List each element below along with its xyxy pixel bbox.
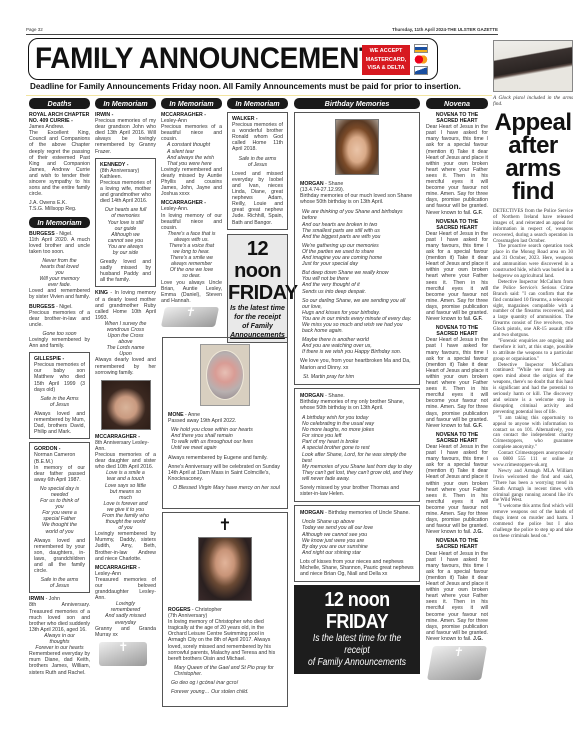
photo-caption: A Glock pistol included in the arms find… bbox=[493, 95, 573, 107]
section-header-in-memoriam: In Memoriam bbox=[161, 98, 222, 109]
column-birthday-memories: Birthday Memories MORGAN - Shane (13.4.7… bbox=[294, 98, 420, 674]
card-logos bbox=[412, 43, 430, 77]
notice-body: Precious memories of a dear brother-in-l… bbox=[29, 310, 90, 328]
verse-line: Love is forever and bbox=[95, 501, 156, 507]
column-in-memoriam-3: In Memoriam MCCARRAGHER - Lesley-Ann Pre… bbox=[161, 98, 222, 327]
memoriam-walker: WALKER - Precious memories of a wonderfu… bbox=[227, 112, 288, 230]
verse-line: of Jesus bbox=[34, 583, 85, 589]
notice-close: We love you, from your heartbroken Ma an… bbox=[300, 358, 414, 370]
notice-close: Lovingly remembered by Ann and family. bbox=[29, 337, 90, 349]
verse-line: Just for your special day bbox=[300, 261, 414, 267]
notice-sub: - John bbox=[44, 596, 60, 602]
verse-line: My memories of you Shane last from day t… bbox=[300, 464, 414, 470]
novena-initials: G.F. bbox=[473, 316, 483, 322]
novena-notice-1: NOVENA TO THE SACRED HEART Dear Heart of… bbox=[426, 112, 488, 216]
notice-body: Precious memories of a loving wife, moth… bbox=[100, 180, 151, 204]
notice-body: Precious memories of a dear daughter and… bbox=[95, 452, 156, 470]
notice-close: Granny and Granda Murray xx bbox=[95, 626, 156, 638]
promo-line: Is the latest time bbox=[228, 304, 287, 313]
notice-body: Precious memories of a wonderful brother… bbox=[232, 122, 283, 152]
notice-name: MONE bbox=[168, 412, 184, 418]
deadline-promo-box: 12 noon FRIDAY Is the latest time for th… bbox=[227, 234, 288, 343]
notice-close: Always dearly loved and remembered by he… bbox=[95, 357, 156, 375]
article-paragraph: "I welcome this arms find which will rem… bbox=[493, 504, 573, 539]
photo-anne-mone bbox=[200, 344, 250, 406]
novena-title: NOVENA TO THE SACRED HEART bbox=[426, 112, 488, 124]
glock-pistol-photo bbox=[493, 40, 573, 92]
death-notice-currie: ROYAL ARCH CHAPTER NO. 409 CURRIE - Jame… bbox=[29, 112, 90, 213]
promo-headline: 12 noon FRIDAY bbox=[302, 589, 412, 633]
verse-line: of Jesus bbox=[232, 162, 283, 168]
section-header-in-memoriam: In Memoriam bbox=[29, 217, 90, 228]
notice-close: Lots of kisses from your nieces and neph… bbox=[300, 559, 414, 577]
visa-card-icon bbox=[414, 44, 428, 53]
novena-title: NOVENA TO THE SACRED HEART bbox=[426, 325, 488, 337]
notice-sub: (8th Anniversary) Kathleen. bbox=[100, 168, 151, 180]
article-paragraph: Newry and Armagh MLA William Irwin welco… bbox=[493, 469, 573, 504]
column-in-memoriam-2: In Memoriam IRWIN - Precious memories of… bbox=[95, 98, 156, 666]
novena-notice-3: NOVENA TO THE SACRED HEART Dear Heart of… bbox=[426, 325, 488, 429]
memoriam-mone: MONE - Anne Passed away 19th April 2022.… bbox=[162, 337, 288, 509]
column-novena: Novena NOVENA TO THE SACRED HEART Dear H… bbox=[426, 98, 488, 680]
accept-line: VISA & DELTA bbox=[362, 64, 410, 73]
verse-line: Safe in the Arms bbox=[34, 396, 85, 402]
notice-close: Always loved and remembered by Mum, Dad,… bbox=[34, 411, 85, 435]
section-header-deaths: Deaths bbox=[29, 98, 90, 109]
notice-body: Precious memories of our baby son Matthe… bbox=[34, 362, 85, 392]
page-header: Page 32 Thursday, 11th April 2024-THE UL… bbox=[26, 27, 498, 35]
photo-shane-morgan bbox=[335, 119, 379, 175]
birthday-morgan-parents: MORGAN - Shane (13.4.74-27.12.99). Birth… bbox=[294, 112, 420, 385]
promo-time: 12 noon bbox=[228, 238, 287, 282]
novena-title: NOVENA TO THE SACRED HEART bbox=[426, 538, 488, 550]
memoriam-mccarragher-c: MCCARRAGHER - Lesley-Ann Precious memori… bbox=[161, 112, 222, 197]
news-headline: Appeal after arms find bbox=[493, 111, 573, 203]
notice-body: Precious memories of a beautiful niece a… bbox=[161, 124, 222, 142]
notice-body: 11th April 2020. A much loved brother an… bbox=[29, 237, 90, 255]
column-in-memoriam-4: In Memoriam WALKER - Precious memories o… bbox=[227, 98, 288, 343]
article-paragraph: "Forensic enquiries are ongoing and ther… bbox=[493, 339, 573, 363]
promo-line: Is the latest time for the receipt bbox=[305, 633, 409, 657]
column-deaths: Deaths ROYAL ARCH CHAPTER NO. 409 CURRIE… bbox=[29, 98, 90, 679]
notice-close: Loved and remembered by sister Vivien an… bbox=[29, 288, 90, 300]
notice-close: Sorely missed by your brother Thomas and… bbox=[300, 485, 414, 497]
novena-notice-4: NOVENA TO THE SACRED HEART Dear Heart of… bbox=[426, 432, 488, 536]
notice-body: 8th Anniversary. Treasured memories of a… bbox=[29, 602, 90, 632]
deadline-notice: Deadline for Family Announcements Friday… bbox=[30, 82, 440, 91]
verse-line: world of you bbox=[34, 529, 85, 535]
notice-signature: T.S.G. Millsopp Reg. bbox=[29, 206, 90, 212]
novena-notice-2: NOVENA TO THE SACRED HEART Dear Heart of… bbox=[426, 219, 488, 323]
verse-line: of Jesus bbox=[34, 402, 85, 408]
memoriam-gillespie: GILLESPIE - Precious memories of our bab… bbox=[29, 352, 90, 439]
bible-cross-icon bbox=[99, 642, 147, 666]
verse-line: Safe in the arms bbox=[232, 156, 283, 162]
deadline-promo-banner: 12 noon FRIDAY Is the latest time for th… bbox=[294, 585, 420, 674]
headline-line: after bbox=[493, 134, 573, 157]
news-article: A Glock pistol included in the arms find… bbox=[493, 40, 573, 540]
verse-line: And night our shining star bbox=[300, 550, 414, 556]
notice-name: MORGAN bbox=[300, 181, 324, 187]
verse-line: Look after Shane, Lord, for he was simpl… bbox=[300, 452, 414, 464]
notice-body: In loving memory of Christopher who died… bbox=[168, 619, 282, 662]
novena-body: Dear Heart of Jesus in the past I have a… bbox=[426, 337, 488, 428]
notice-name: KING bbox=[95, 290, 108, 296]
notice-body: Treasured memories of our beloved grandd… bbox=[95, 577, 156, 601]
memoriam-kennedy: KENNEDY - (8th Anniversary) Kathleen. Pr… bbox=[95, 158, 156, 288]
memoriam-king: KING - In loving memory of a dearly love… bbox=[95, 290, 156, 375]
notice-body: In memory of our dear father passed away… bbox=[34, 465, 85, 483]
article-paragraph: The proactive search operation took plac… bbox=[493, 244, 573, 279]
notice-name: BURGESS bbox=[29, 231, 55, 237]
memoriam-mccarragher-a: MCCARRAGHER - 8th Anniversary Lesley-Ann… bbox=[95, 434, 156, 562]
verse-line: Your love is still bbox=[100, 220, 151, 226]
birthday-morgan-brother: MORGAN - Shane. Birthday memories of my … bbox=[294, 388, 420, 503]
notice-close: Remembered everyday by mum Diane, dad Ke… bbox=[29, 651, 90, 675]
promo-day: FRIDAY bbox=[228, 282, 287, 304]
bible-cross-icon bbox=[161, 307, 219, 327]
section-header-in-memoriam: In Memoriam bbox=[95, 98, 156, 109]
verse-line: Until we meet again bbox=[168, 445, 282, 451]
notice-sub: - Nigel. bbox=[55, 231, 73, 237]
verse-line: Sends us into deep despair. bbox=[300, 289, 414, 295]
memoriam-rogers: ✝ ROGERS - Christopher (7th Anniversary)… bbox=[162, 512, 288, 707]
photo-lesley-ann bbox=[101, 380, 151, 430]
promo-line: of Family bbox=[228, 322, 287, 331]
promo-line: for the receipt bbox=[228, 313, 287, 322]
notice-body: - Birthday memories of Uncle Shane. bbox=[324, 510, 410, 516]
notice-body: Precious memories of my dear grandson Jo… bbox=[95, 118, 156, 155]
memoriam-burgess-1: BURGESS - Nigel. 11th April 2020. A much… bbox=[29, 231, 90, 301]
irish-verse: Go deo og i gcónaí inar gcroí bbox=[168, 680, 282, 686]
notice-close: Lovingly remembered by Mummy, Daddy, sis… bbox=[95, 531, 156, 561]
memoriam-mccarragher-d: MCCARRAGHER - Lesley-Ann. In loving memo… bbox=[161, 200, 222, 304]
notice-sub: - Nigel. bbox=[55, 304, 73, 310]
notice-close: Greatly loved and sadly missed by husban… bbox=[100, 259, 151, 283]
novena-title: NOVENA TO THE SACRED HEART bbox=[426, 219, 488, 231]
novena-body: Dear Heart of Jesus in the past I have a… bbox=[426, 231, 488, 322]
accept-line: MASTERCARD, bbox=[362, 56, 410, 65]
notice-close: Lovingly remembered and dearly missed by… bbox=[161, 167, 222, 197]
notice-close: Love you always Uncle Brian, Auntie Lesl… bbox=[161, 280, 222, 304]
novena-title: NOVENA TO THE SACRED HEART bbox=[426, 432, 488, 444]
headline-line: find bbox=[493, 180, 573, 203]
verse-line: And the biggest parts are with you bbox=[300, 234, 414, 240]
memoriam-mccarragher-b: MCCARRAGHER - Lesley-Ann Treasured memor… bbox=[95, 565, 156, 638]
notice-date: Passed away 19th April 2022. bbox=[168, 418, 282, 424]
payment-accept-badge: WE ACCEPT MASTERCARD, VISA & DELTA bbox=[362, 45, 410, 75]
banner-title: FAMILY ANNOUNCEMENTS bbox=[35, 42, 394, 76]
notice-sub: - Anne bbox=[184, 412, 200, 418]
headline-line: arms bbox=[493, 157, 573, 180]
novena-initials: G.F. bbox=[473, 210, 483, 216]
notice-body: Birthday memories of my only brother Sha… bbox=[300, 399, 414, 411]
section-header-in-memoriam: In Memoriam bbox=[227, 98, 288, 109]
memoriam-gordon: GORDON - Norman Cameron (B.E.M.) In memo… bbox=[29, 442, 90, 593]
anniversary-mass-note: Anne's Anniversary will be celebrated on… bbox=[168, 464, 282, 482]
novena-initials: G.F. bbox=[473, 423, 483, 429]
novena-initials: J.G. bbox=[473, 529, 483, 535]
notice-name: ROGERS bbox=[168, 607, 190, 613]
notice-close: Always remembered by Eugene and family. bbox=[168, 455, 282, 461]
notice-sub: - Shane bbox=[324, 181, 344, 187]
memoriam-burgess-2: BURGESS - Nigel. Precious memories of a … bbox=[29, 304, 90, 350]
verse-line: We are thinking of you Shane and birthda… bbox=[300, 209, 414, 221]
verse-line: If there is we wish you Happy Birthday s… bbox=[300, 349, 414, 355]
novena-body: Dear Heart of Jesus in the past I have a… bbox=[426, 551, 488, 642]
cross-icon: ✝ bbox=[168, 517, 282, 535]
accept-line: WE ACCEPT bbox=[362, 47, 410, 56]
article-paragraph: "I am taking this opportunity to appeal … bbox=[493, 416, 573, 451]
article-paragraph: Contact Crimestoppers anonymously on 080… bbox=[493, 451, 573, 469]
notice-name: IRWIN bbox=[29, 596, 44, 602]
notice-sub: Norman Cameron (B.E.M.) bbox=[34, 452, 85, 464]
notice-name: MORGAN bbox=[300, 393, 324, 399]
bible-cross-icon bbox=[427, 646, 487, 680]
verse-line: And always the wish bbox=[161, 155, 222, 161]
notice-close: Loved and missed everyday by Isobel and … bbox=[232, 171, 283, 226]
notice-body: Birthday memories of our much loved son … bbox=[300, 193, 414, 205]
novena-notice-5: NOVENA TO THE SACRED HEART Dear Heart of… bbox=[426, 538, 488, 642]
notice-body: The Excellent King, Council and Companio… bbox=[29, 130, 90, 197]
verse-line: There's a face that is bbox=[161, 231, 222, 237]
verse-line: Forever young… Our stolen child. bbox=[168, 689, 282, 695]
prayer-line: O Blessed Virgin Mary have mercy on her … bbox=[168, 485, 282, 491]
page-number: Page 32 bbox=[26, 27, 43, 32]
verse-line: by our side bbox=[100, 250, 151, 256]
delta-card-icon bbox=[414, 66, 428, 75]
notice-name: ROYAL ARCH CHAPTER NO. 409 CURRIE - bbox=[29, 112, 90, 124]
article-paragraph: Detective Inspector McCallum continued: … bbox=[493, 363, 573, 416]
novena-initials: J.G. bbox=[473, 636, 483, 642]
section-header-novena: Novena bbox=[426, 98, 488, 109]
verse-line: We miss you so much and wish we had you … bbox=[300, 322, 414, 334]
photo-christopher-rogers bbox=[198, 537, 252, 601]
prayer-line: Mary Queen of the Gael and St Pio pray f… bbox=[168, 665, 282, 677]
headline-line: Appeal bbox=[493, 111, 573, 134]
dateline: Thursday, 11th April 2024-THE ULSTER GAZ… bbox=[392, 27, 498, 32]
notice-name: MORGAN bbox=[300, 510, 324, 516]
section-header-birthday-memories: Birthday Memories bbox=[294, 98, 420, 109]
article-paragraph: DETECTIVES from the Police Service of No… bbox=[493, 209, 573, 244]
notice-name: BURGESS bbox=[29, 304, 55, 310]
novena-body: Dear Heart of Jesus in the past I have a… bbox=[426, 124, 488, 215]
promo-line: of Family Announcements bbox=[305, 657, 409, 669]
verse-line: So our darling Shane, we are sending you… bbox=[300, 298, 414, 310]
notice-sub: - Christopher bbox=[190, 607, 221, 613]
novena-body: Dear Heart of Jesus in the past I have a… bbox=[426, 444, 488, 535]
memoriam-irwin: IRWIN - Precious memories of my dear gra… bbox=[95, 112, 156, 155]
verse-line: They can't get lost, they can't grow old… bbox=[300, 470, 414, 482]
birthday-morgan-nieces: MORGAN - Birthday memories of Uncle Shan… bbox=[294, 505, 420, 582]
notice-sub: - Shane. bbox=[324, 393, 345, 399]
notice-close: Always loved and remembered by your son,… bbox=[34, 538, 85, 575]
mastercard-icon bbox=[414, 55, 428, 64]
notice-sub: 8th Anniversary Lesley-Ann. bbox=[95, 440, 156, 452]
notice-body: In loving memory of our beautiful niece … bbox=[161, 213, 222, 231]
article-paragraph: Detective Inspector McCallum from the Po… bbox=[493, 280, 573, 339]
prayer-line: St. Martin pray for him bbox=[300, 374, 414, 380]
divider bbox=[26, 95, 492, 96]
memoriam-irwin-john: IRWIN - John 8th Anniversary. Treasured … bbox=[29, 596, 90, 675]
